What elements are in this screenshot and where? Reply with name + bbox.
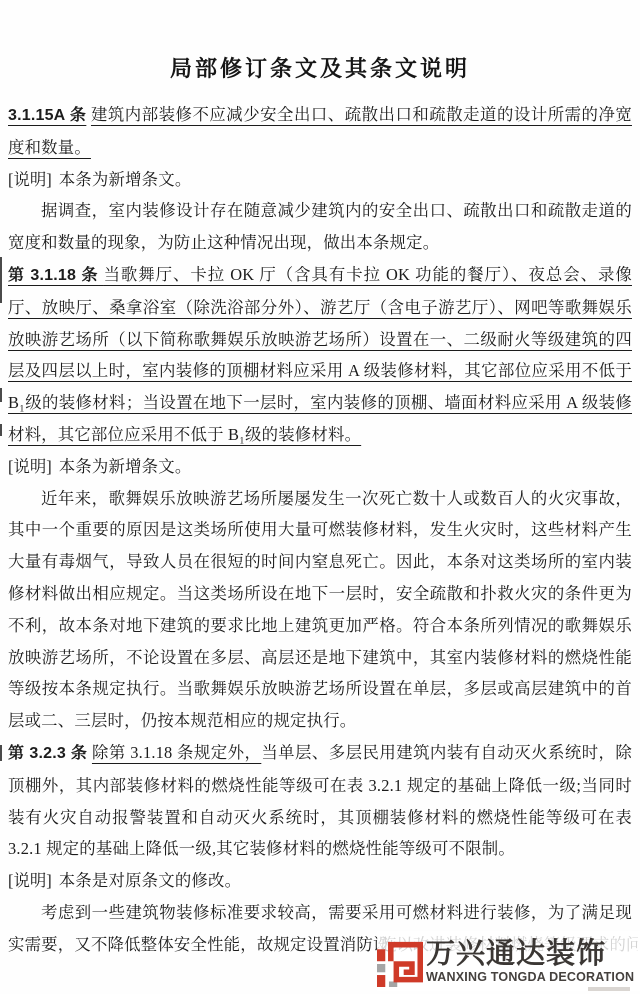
- watermark-name-en: WANXING TONGDA DECORATION: [426, 970, 634, 984]
- clause-3-1-18-paragraph: 第 3.1.18 条 当歌舞厅、卡拉 OK 厅（含具有卡拉 OK 功能的餐厅）、…: [8, 259, 632, 451]
- wanxing-logo-icon: [377, 938, 423, 990]
- note-paragraph: [说明]本条为新增条文。: [8, 451, 632, 483]
- clause-underlined-text: 除第 3.1.18 条规定外，: [92, 743, 261, 762]
- clause-label: 第 3.2.3 条: [8, 745, 87, 762]
- scan-smudge: [588, 987, 630, 991]
- note-paragraph: [说明]本条是对原条文的修改。: [8, 865, 632, 897]
- explanation-paragraph: 近年来，歌舞娱乐放映游艺场所屡屡发生一次死亡数十人或数百人的火灾事故，其中一个重…: [8, 483, 632, 737]
- note-label: [说明]: [8, 457, 52, 476]
- note-text: 本条为新增条文。: [59, 170, 192, 189]
- page-title: 局部修订条文及其条文说明: [8, 53, 632, 85]
- document-page: 局部修订条文及其条文说明 3.1.15A 条 建筑内部装修不应减少安全出口、疏散…: [0, 0, 640, 994]
- clause-label: 3.1.15A 条: [8, 107, 86, 124]
- note-paragraph: [说明]本条为新增条文。: [8, 164, 632, 196]
- clause-3-1-15a-paragraph: 3.1.15A 条 建筑内部装修不应减少安全出口、疏散出口和疏散走道的设计所需的…: [8, 99, 632, 164]
- note-text: 本条是对原条文的修改。: [59, 871, 242, 890]
- watermark: 万兴通达装饰 WANXING TONGDA DECORATION: [377, 931, 640, 991]
- note-label: [说明]: [8, 871, 52, 890]
- scan-artifact: [0, 257, 2, 303]
- clause-text: 建筑内部装修不应减少安全出口、疏散出口和疏散走道的设计所需的净宽度和数量。: [8, 105, 632, 157]
- explanation-paragraph: 据调查，室内装修设计存在随意减少建筑内的安全出口、疏散出口和疏散走道的宽度和数量…: [8, 195, 632, 259]
- clause-3-2-3-paragraph: 第 3.2.3 条 除第 3.1.18 条规定外，当单层、多层民用建筑内装有自动…: [8, 737, 632, 865]
- scan-artifact: [0, 424, 2, 436]
- watermark-name-cn: 万兴通达装饰: [426, 939, 634, 970]
- scan-artifact: [0, 388, 2, 402]
- note-text: 本条为新增条文。: [59, 457, 192, 476]
- clause-text: 当歌舞厅、卡拉 OK 厅（含具有卡拉 OK 功能的餐厅）、夜总会、录像厅、放映厅…: [8, 265, 632, 444]
- note-label: [说明]: [8, 170, 52, 189]
- scan-artifact: [0, 745, 2, 761]
- clause-label: 第 3.1.18 条: [8, 267, 98, 284]
